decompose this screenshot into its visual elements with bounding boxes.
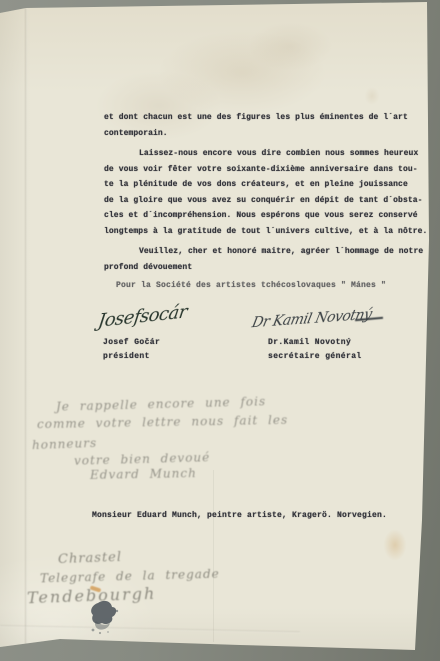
body-line: profond dévouement — [104, 260, 434, 276]
body-line: te la plénitude de vos dons créateurs, e… — [104, 177, 434, 193]
pencil-note-line: votre bien devoué — [74, 450, 211, 468]
body-line: contemporain. — [104, 126, 434, 142]
pencil-bottom-note-line: Chrastel — [58, 550, 123, 567]
faint-vertical-crease — [213, 470, 214, 642]
typed-name-president: Josef Gočár — [103, 338, 160, 347]
recipient-address-line: Monsieur Eduard Munch, peintre artiste, … — [92, 511, 387, 520]
pencil-note-line: honneurs — [32, 436, 98, 452]
body-line: longtemps à la gratitude de tout l´unive… — [104, 224, 434, 240]
typed-title-president: président — [103, 352, 150, 361]
body-line: de vous voir fêter votre soixante-dixièm… — [104, 162, 434, 178]
typed-title-secretary: secrétaire général — [268, 352, 362, 361]
letter-body: et dont chacun est une des figures les p… — [104, 110, 434, 275]
ink-blot-smudge — [84, 597, 128, 637]
body-line: de la gloire que vous avez su conquérir … — [104, 193, 434, 209]
society-attribution-line: Pour la Société des artistes tchécoslova… — [116, 281, 386, 290]
body-line: Laissez-nous encore vous dire combien no… — [104, 146, 434, 162]
letter-paper: et dont chacun est une des figures les p… — [0, 0, 440, 661]
pencil-note-line: Je rappelle encore une fois — [56, 394, 266, 413]
pencil-signature-edvard-munch: Edvard Munch — [90, 466, 197, 482]
pencil-bottom-note-line: Telegrafe de la tregade — [40, 567, 220, 586]
signature-josef-gocar: Josefsocár — [97, 301, 189, 332]
body-line: cles et d´incompréhension. Nous espérons… — [104, 208, 434, 224]
vertical-fold-crease — [25, 8, 27, 648]
body-line: et dont chacun est une des figures les p… — [104, 110, 434, 126]
scanned-letter-photo: et dont chacun est une des figures les p… — [0, 0, 440, 661]
typed-name-secretary: Dr.Kamil Novotný — [268, 338, 351, 347]
body-line: Veuillez, cher et honoré maitre, agréer … — [104, 244, 434, 260]
pencil-note-line: comme votre lettre nous fait les — [37, 413, 288, 431]
horizontal-fold-crease — [0, 625, 300, 633]
